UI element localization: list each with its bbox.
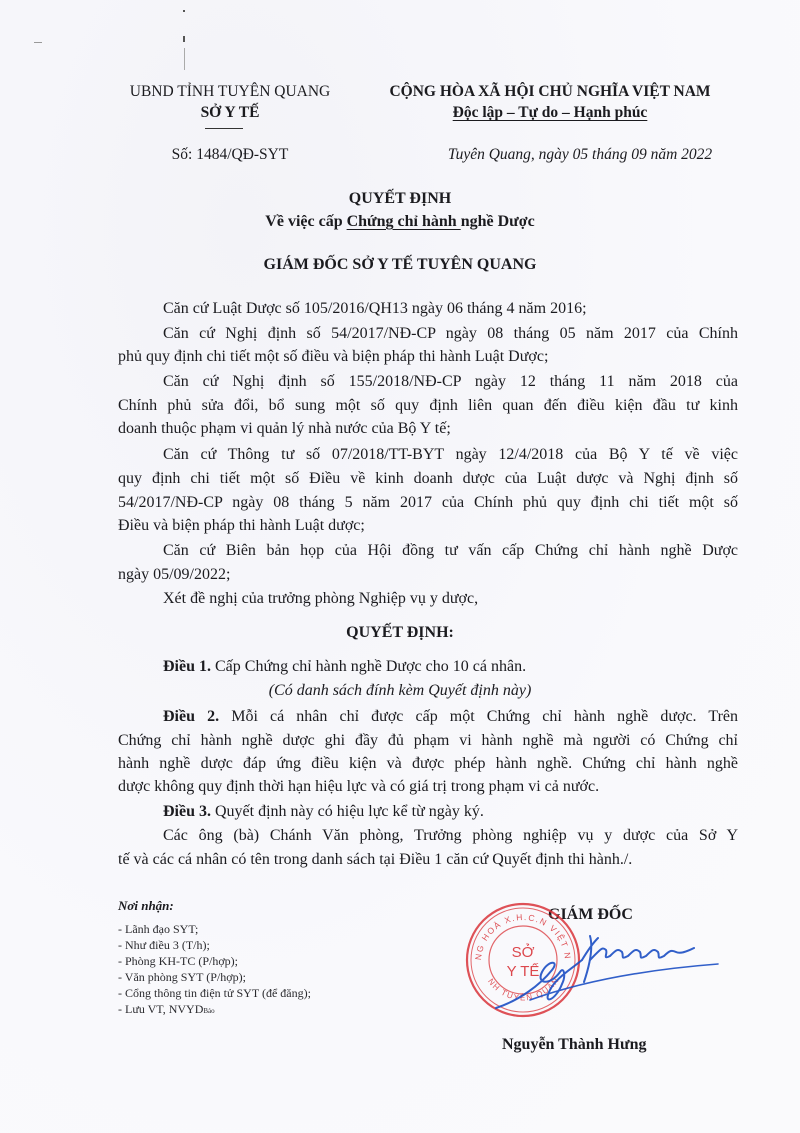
decision-heading: QUYẾT ĐỊNH: [0,624,800,642]
recipient-item: - Phòng KH-TC (P/hợp); [118,954,238,969]
preamble-line: Xét đề nghị của trưởng phòng Nghiệp vụ y… [163,590,738,608]
scan-mark [183,10,185,12]
recipient-item: - Lãnh đạo SYT; [118,922,198,937]
subject-prefix: Về việc cấp [265,213,346,230]
preamble-line: Điều và biện pháp thi hành Luật dược; [118,517,738,535]
document-subject: Về việc cấp Chứng chỉ hành nghề Dược [0,213,800,231]
national-motto: Độc lập – Tự do – Hạnh phúc [360,104,740,122]
scan-mark [34,42,42,43]
document-page: UBND TỈNH TUYÊN QUANG SỞ Y TẾ Số: 1484/Q… [0,0,800,1133]
recipient-item: - Cổng thông tin điện tử SYT (để đăng); [118,986,311,1001]
document-number: Số: 1484/QĐ-SYT [112,146,348,164]
subject-suffix: nghề Dược [461,213,535,230]
preamble-line: Căn cứ Luật Dược số 105/2016/QH13 ngày 0… [163,300,738,318]
closing-line: Các ông (bà) Chánh Văn phòng, Trưởng phò… [163,827,738,845]
preamble-line: quy định chi tiết một số Điều về kinh do… [118,470,738,488]
article-2-line: dược không quy định thời hạn hiệu lực và… [118,778,738,796]
issuer-title: GIÁM ĐỐC SỞ Y TẾ TUYÊN QUANG [0,256,800,274]
recipient-text: - Lưu VT, NVYD [118,1002,203,1016]
preamble-line: Chính phủ sửa đổi, bổ sung một số quy đị… [118,397,738,415]
handwritten-signature-icon [490,920,720,1020]
recipient-item: - Lưu VT, NVYDBảo [118,1002,215,1017]
article-3: Điều 3. Quyết định này có hiệu lực kể từ… [163,803,738,821]
scan-mark [184,48,185,70]
article-text: Cấp Chứng chỉ hành nghề Dược cho 10 cá n… [211,658,526,675]
article-2-line: Chứng chỉ hành nghề dược ghi đầy đủ phạm… [118,732,738,750]
preamble-line: Căn cứ Biên bản họp của Hội đồng tư vấn … [163,542,738,560]
signer-name: Nguyễn Thành Hưng [502,1036,646,1054]
article-label: Điều 3. [163,803,211,820]
preamble-line: Căn cứ Nghị định số 54/2017/NĐ-CP ngày 0… [163,325,738,343]
department-name: SỞ Y TẾ [112,104,348,122]
authority-name: UBND TỈNH TUYÊN QUANG [112,83,348,101]
scan-mark [183,36,185,42]
recipient-item: - Như điều 3 (T/h); [118,938,210,953]
article-2-line: hành nghề dược đáp ứng điều kiện và được… [118,755,738,773]
place-date: Tuyên Quang, ngày 05 tháng 09 năm 2022 [380,146,780,164]
department-underline [205,128,243,129]
recipient-item: - Văn phòng SYT (P/hợp); [118,970,246,985]
article-label: Điều 1. [163,658,211,675]
nation-name: CỘNG HÒA XÃ HỘI CHỦ NGHĨA VIỆT NAM [360,83,740,101]
article-1-note: (Có danh sách đính kèm Quyết định này) [0,682,800,700]
preamble-line: Căn cứ Thông tư số 07/2018/TT-BYT ngày 1… [163,446,738,464]
preamble-line: Căn cứ Nghị định số 155/2018/NĐ-CP ngày … [163,373,738,391]
preamble-line: phủ quy định chi tiết một số điều và biệ… [118,348,738,366]
subject-underlined: Chứng chỉ hành [347,213,461,230]
preamble-line: 54/2017/NĐ-CP ngày 08 tháng 5 năm 2017 c… [118,494,738,512]
recipient-suffix: Bảo [203,1007,214,1015]
preamble-line: doanh thuộc phạm vi quản lý nhà nước của… [118,420,738,438]
closing-line: tế và các cá nhân có tên trong danh sách… [118,851,738,869]
recipients-heading: Nơi nhận: [118,898,174,914]
document-type: QUYẾT ĐỊNH [0,190,800,208]
article-2: Điều 2. Mỗi cá nhân chỉ được cấp một Chứ… [163,708,738,726]
article-1: Điều 1. Cấp Chứng chỉ hành nghề Dược cho… [163,658,738,676]
article-label: Điều 2. [163,708,219,725]
article-text: Quyết định này có hiệu lực kể từ ngày ký… [211,803,484,820]
article-text: Mỗi cá nhân chỉ được cấp một Chứng chỉ h… [219,708,738,725]
preamble-line: ngày 05/09/2022; [118,566,738,584]
